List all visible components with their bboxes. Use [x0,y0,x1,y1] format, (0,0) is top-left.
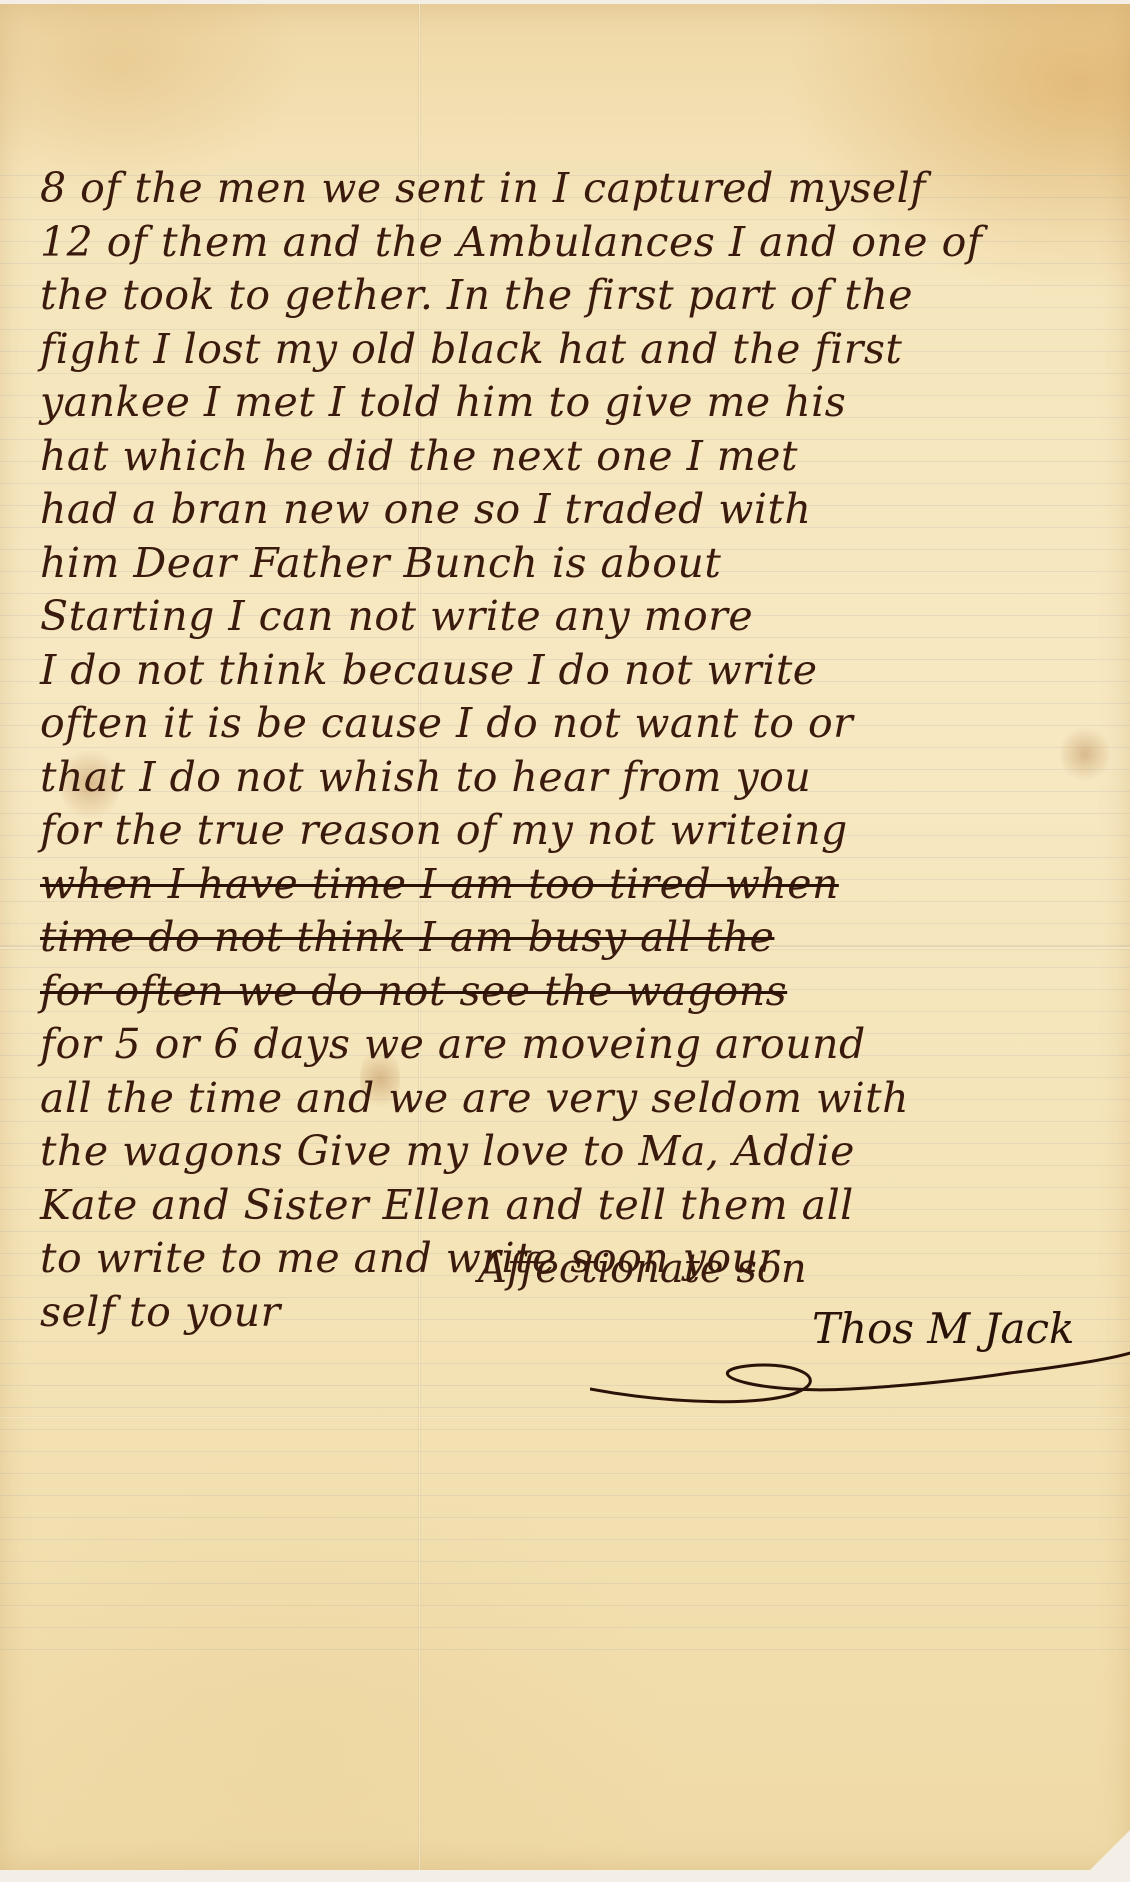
letter-line: yankee I met I told him to give me his [40,376,1115,430]
letter-line: hat which he did the next one I met [40,430,1115,484]
letter-page: 8 of the men we sent in I captured mysel… [0,4,1130,1870]
signature-flourish-icon [590,1349,1130,1409]
torn-corner [1090,1830,1130,1870]
lower-fold-crease [0,1416,1130,1419]
letter-line-struck: for often we do not see the wagons [40,965,1115,1019]
letter-line: all the time and we are very seldom with [40,1072,1115,1126]
letter-line: Kate and Sister Ellen and tell them all [40,1179,1115,1233]
letter-line-struck: when I have time I am too tired when [40,858,1115,912]
letter-line: the wagons Give my love to Ma, Addie [40,1125,1115,1179]
letter-closing: Affectionate son [478,1246,807,1292]
letter-line: for the true reason of my not writeing [40,804,1115,858]
letter-line: I do not think because I do not write [40,644,1115,698]
letter-line: the took to gether. In the first part of… [40,269,1115,323]
letter-line: him Dear Father Bunch is about [40,537,1115,591]
letter-line: had a bran new one so I traded with [40,483,1115,537]
letter-line-struck: time do not think I am busy all the [40,911,1115,965]
letter-line: fight I lost my old black hat and the fi… [40,323,1115,377]
letter-line: that I do not whish to hear from you [40,751,1115,805]
letter-line: 8 of the men we sent in I captured mysel… [40,162,1115,216]
letter-line: 12 of them and the Ambulances I and one … [40,216,1115,270]
letter-body: 8 of the men we sent in I captured mysel… [40,162,1115,1339]
letter-line: often it is be cause I do not want to or [40,697,1115,751]
letter-line: Starting I can not write any more [40,590,1115,644]
letter-line-partially-struck: for 5 or 6 days we are moveing around [40,1018,1115,1072]
signature: Thos M Jack [812,1304,1074,1353]
